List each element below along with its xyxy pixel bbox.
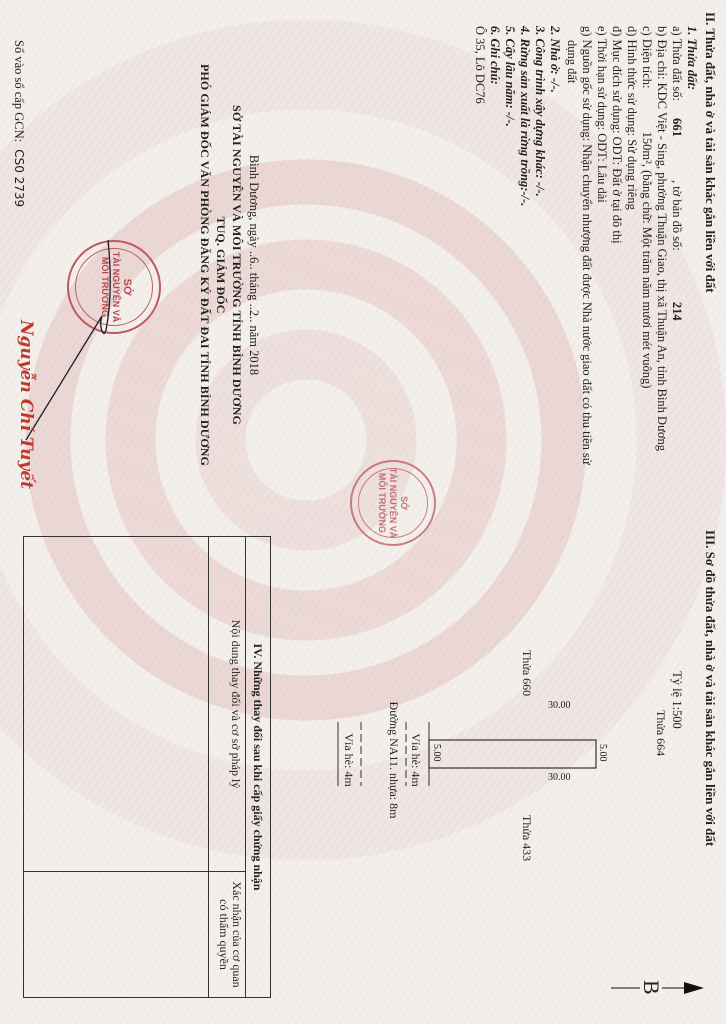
usage-purpose: đ) Mục đích sử dụng: ODT: Đất ở tại đô t…	[609, 26, 625, 244]
parcel-diagram	[316, 700, 616, 900]
dim-front: 5.00	[431, 744, 442, 762]
section-3-title: III. Sơ đồ thửa đất, nhà ở và tài sản kh…	[702, 530, 718, 846]
agency-name: SỞ TÀI NGUYÊN VÀ MÔI TRƯỜNG TỈNH BÌNH DƯ…	[229, 0, 244, 530]
registry-number: Số vào sổ cấp GCN: CS0 2739	[11, 40, 27, 207]
section-2-title: II. Thửa đất, nhà ở và tài sản khác gắn …	[702, 12, 718, 293]
parcel-number: 661	[670, 118, 684, 137]
map-scale: Tỷ lệ 1:500	[669, 530, 685, 870]
official-stamp-center: SỞ TÀI NGUYÊN VÀ MÔI TRƯỜNG	[350, 460, 436, 546]
signer-name: Nguyễn Chí Tuyết	[16, 320, 36, 489]
map-sheet-number: 214	[670, 302, 684, 321]
map-sheet-label: , tờ bản đồ số:	[670, 180, 684, 251]
stamp-line: MÔI TRƯỜNG	[376, 462, 387, 544]
house: 2. Nhà ở: -/-.	[547, 26, 563, 93]
authority-confirmation-cell	[24, 872, 209, 998]
stamp-line: TÀI NGUYÊN VÀ	[387, 462, 398, 544]
col-confirm-line-2: có thẩm quyền	[217, 874, 230, 995]
area-value: 150m², (bằng chữ: Một trăm năm mươi mét …	[640, 132, 654, 389]
production-forest: 4. Rừng sản xuất là rừng trồng:-/-.	[517, 26, 533, 206]
dim-back: 5.00	[597, 744, 608, 762]
origin-line-2: dụng đất	[564, 40, 580, 83]
perennial-trees: 5. Cây lâu năm: -/-.	[502, 26, 518, 127]
neighbor-plot-north: Thửa 664	[653, 710, 668, 756]
parcel-outline	[429, 740, 596, 768]
col-confirm-line-1: Xác nhận của cơ quan	[230, 874, 243, 995]
section-4-title: IV. Những thay đổi sau khi cấp giấy chứn…	[246, 537, 271, 998]
place-date: Bình Dương, ngày ..6.. tháng ..2.. năm 2…	[246, 0, 262, 530]
neighbor-plot-left: Thửa 660	[519, 650, 534, 696]
area-row: c) Diện tích: 150m², (bằng chữ: Một trăm…	[639, 26, 655, 388]
sidewalk-far: Vỉa hè: 4m	[341, 720, 356, 800]
notes-heading: 6. Ghi chú:	[487, 26, 503, 85]
dim-top: 30.00	[548, 700, 571, 711]
parcel-row: a) Thửa đất số: 661 , tờ bản đồ số: 214	[669, 26, 685, 321]
stamp-line: SỞ	[398, 462, 409, 544]
usage-term: e) Thời hạn sử dụng: ODT: Lâu dài	[594, 26, 610, 203]
registry-label: Số vào sổ cấp GCN:	[12, 40, 26, 142]
origin-line-1: g) Nguồn gốc sử dụng: Nhận chuyển nhượng…	[579, 26, 595, 465]
land-certificate-page: II. Thửa đất, nhà ở và tài sản khác gắn …	[0, 0, 726, 1024]
registry-value: CS0 2739	[12, 149, 26, 207]
col-authority-confirmation: Xác nhận của cơ quan có thẩm quyền	[209, 872, 246, 998]
dim-bottom: 30.00	[548, 772, 571, 783]
signer-position: PHÓ GIÁM ĐỐC VĂN PHÒNG ĐĂNG KÝ ĐẤT ĐAI T…	[197, 0, 212, 530]
other-construction: 3. Công trình xây dựng khác: -/-.	[532, 26, 548, 197]
north-label: B	[640, 980, 662, 995]
area-label: c) Diện tích:	[640, 26, 654, 88]
notes-value: Ô 35, Lô DC76	[472, 26, 488, 104]
col-change-content: Nội dung thay đổi và cơ sở pháp lý	[209, 537, 246, 872]
sidewalk-near: Vỉa hè: 4m	[408, 720, 423, 800]
road-name: Đường NA11. nhựa: 8m	[386, 690, 401, 830]
north-arrow: B	[606, 968, 706, 1008]
address: b) Địa chỉ: KDC Việt - Sing, phường Thuậ…	[654, 26, 670, 451]
land-heading: 1. Thửa đất:	[684, 26, 700, 90]
parcel-label: a) Thửa đất số:	[670, 26, 684, 101]
on-behalf-label: TUQ. GIÁM ĐỐC	[213, 0, 228, 530]
usage-form: d) Hình thức sử dụng: Sử dụng riêng	[624, 26, 640, 210]
change-content-cell	[24, 537, 209, 872]
changes-table: IV. Những thay đổi sau khi cấp giấy chứn…	[23, 536, 271, 998]
